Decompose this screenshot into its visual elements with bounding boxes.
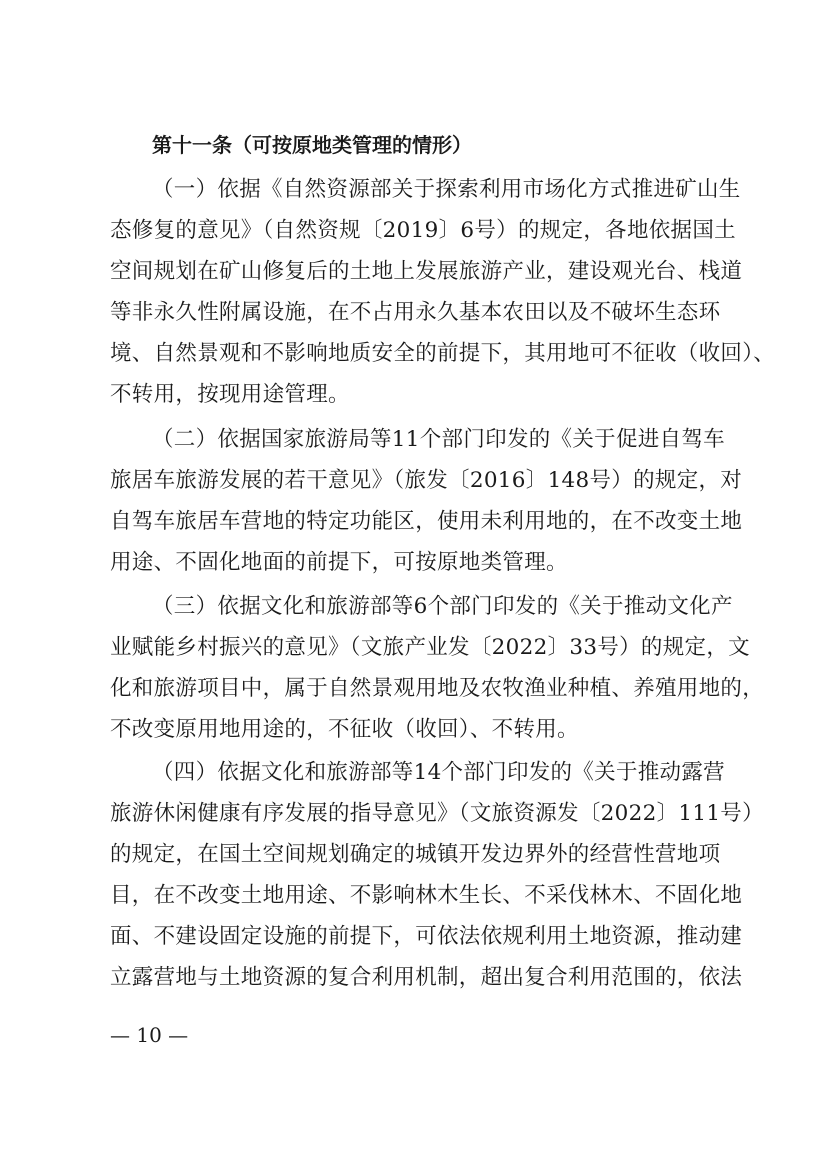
paragraph-2-line-4: 用途、不固化地面的前提下，可按原地类管理。 bbox=[110, 548, 716, 578]
paragraph-2-line-3: 自驾车旅居车营地的特定功能区，使用未利用地的，在不改变土地 bbox=[110, 507, 716, 537]
paragraph-2-line-2: 旅居车旅游发展的若干意见》（旅发〔2016〕148号）的规定，对 bbox=[110, 466, 716, 496]
paragraph-4-line-3: 的规定，在国土空间规划确定的城镇开发边界外的经营性营地项 bbox=[110, 840, 716, 870]
paragraph-4-line-4: 目，在不改变土地用途、不影响林木生长、不采伐林木、不固化地 bbox=[110, 881, 716, 911]
paragraph-1-line-2: 态修复的意见》（自然资规〔2019〕6号）的规定，各地依据国土 bbox=[110, 216, 716, 246]
article-title: 第十一条（可按原地类管理的情形） bbox=[152, 130, 472, 160]
paragraph-1-line-5: 境、自然景观和不影响地质安全的前提下，其用地可不征收（收回）、 bbox=[110, 339, 716, 369]
paragraph-3-line-4: 不改变原用地用途的，不征收（收回）、不转用。 bbox=[110, 715, 716, 745]
paragraph-4-line-5: 面、不建设固定设施的前提下，可依法依规利用土地资源，推动建 bbox=[110, 922, 716, 952]
paragraph-1-line-3: 空间规划在矿山修复后的土地上发展旅游产业，建设观光台、栈道 bbox=[110, 257, 716, 287]
document-page: 第十一条（可按原地类管理的情形） （一）依据《自然资源部关于探索利用市场化方式推… bbox=[0, 0, 826, 1169]
paragraph-1-line-6: 不转用，按现用途管理。 bbox=[110, 380, 716, 410]
page-number: — 10 — bbox=[110, 1020, 188, 1050]
paragraph-4-line-1: （四）依据文化和旅游部等14个部门印发的《关于推动露营 bbox=[152, 758, 716, 788]
paragraph-1-line-4: 等非永久性附属设施，在不占用永久基本农田以及不破坏生态环 bbox=[110, 298, 716, 328]
paragraph-3-line-2: 业赋能乡村振兴的意见》（文旅产业发〔2022〕33号）的规定，文 bbox=[110, 633, 716, 663]
paragraph-3-line-3: 化和旅游项目中，属于自然景观用地及农牧渔业种植、养殖用地的， bbox=[110, 674, 716, 704]
paragraph-4-line-2: 旅游休闲健康有序发展的指导意见》（文旅资源发〔2022〕111号） bbox=[110, 799, 716, 829]
paragraph-2-line-1: （二）依据国家旅游局等11个部门印发的《关于促进自驾车 bbox=[152, 425, 716, 455]
paragraph-4-line-6: 立露营地与土地资源的复合利用机制，超出复合利用范围的，依法 bbox=[110, 963, 716, 993]
paragraph-3-line-1: （三）依据文化和旅游部等6个部门印发的《关于推动文化产 bbox=[152, 592, 716, 622]
paragraph-1-line-1: （一）依据《自然资源部关于探索利用市场化方式推进矿山生 bbox=[152, 175, 716, 205]
